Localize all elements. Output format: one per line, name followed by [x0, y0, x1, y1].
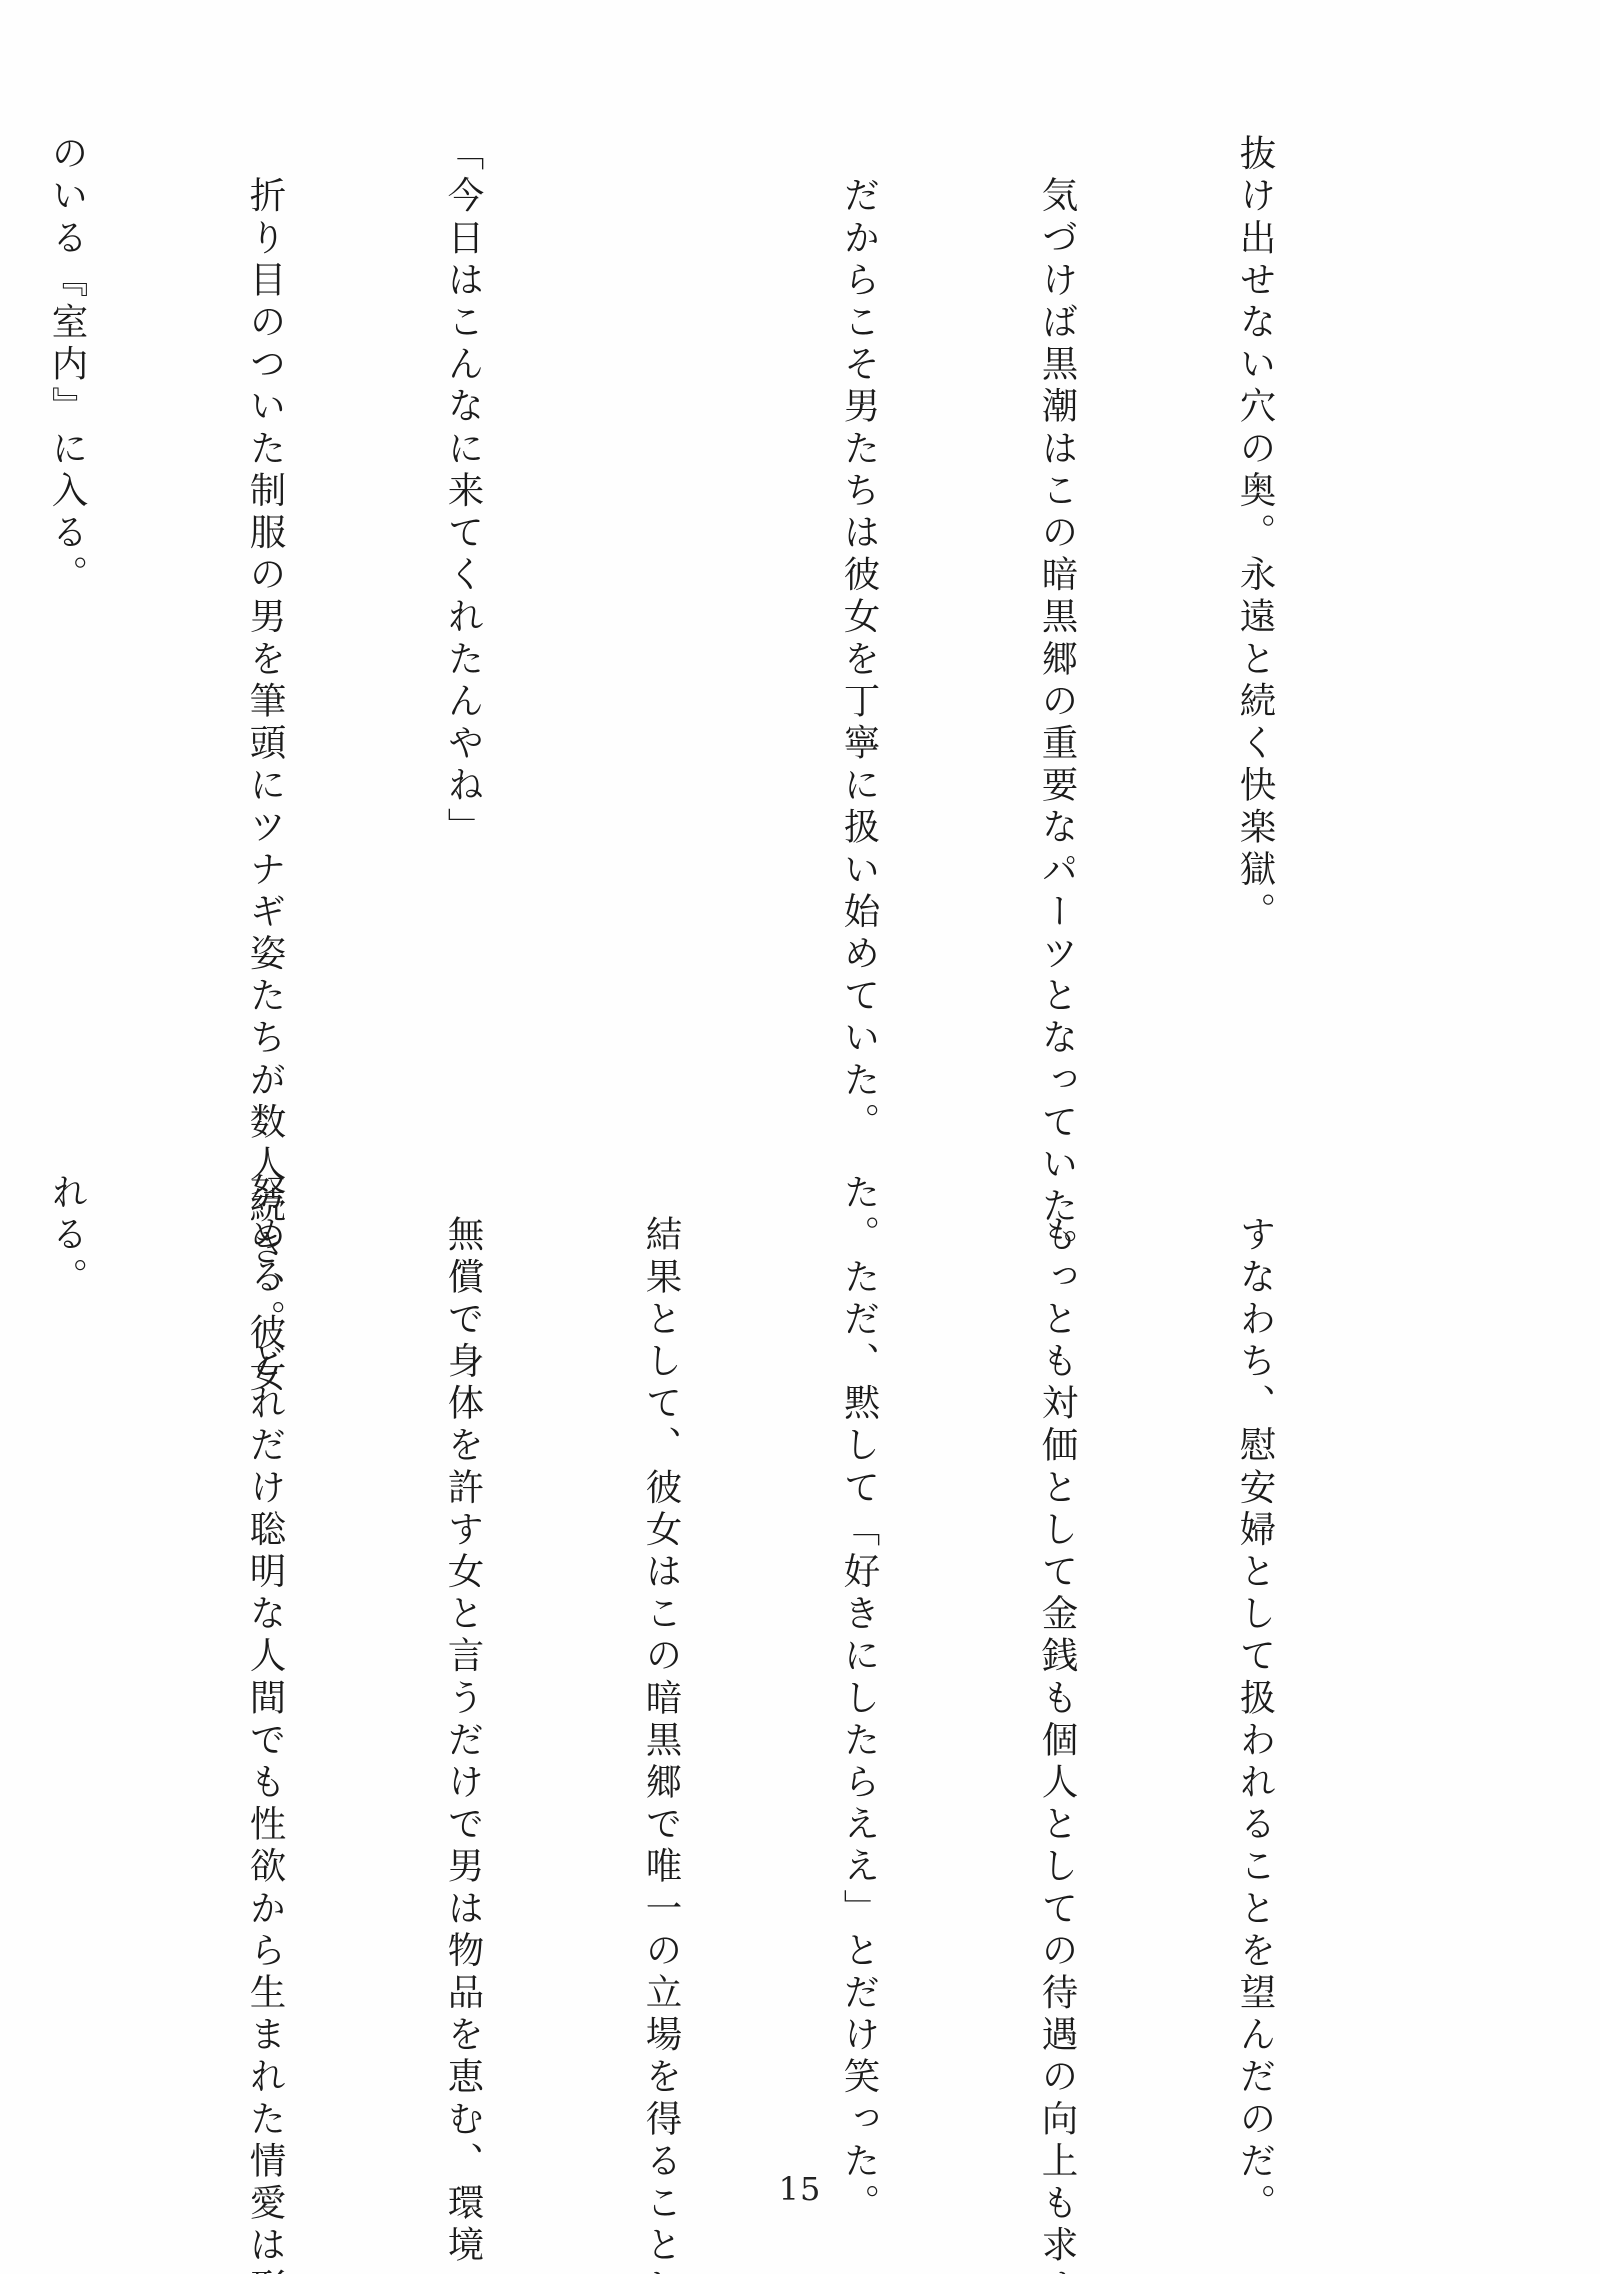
text-column: のいる『室内』に入る。: [34, 134, 100, 1094]
text-column: れる。: [34, 1173, 100, 2133]
text-column: だからこそ男たちは彼女を丁寧に扱い始めていた。: [826, 134, 892, 1094]
page-number: 15: [0, 2170, 1600, 2208]
text-column: 折り目のついた制服の男を筆頭にツナギ姿たちが数人続き、彼女: [232, 134, 298, 1094]
blank-column: [628, 134, 694, 1094]
text-column: 結果として、彼女はこの暗黒郷で唯一の立場を得ることとなる。: [628, 1173, 694, 2133]
text-column: もっとも対価として金銭も個人としての待遇の向上も求めなかっ: [1024, 1173, 1090, 2133]
text-column: た。ただ、黙して「好きにしたらええ」とだけ笑った。: [826, 1173, 892, 2133]
lower-text-block: すなわち、慰安婦として扱われることを望んだのだ。 もっとも対価として金銭も個人と…: [160, 1173, 1420, 2133]
book-page: 抜け出せない穴の奥。永遠と続く快楽獄。 気づけば黒潮はこの暗黒郷の重要なパーツと…: [0, 0, 1600, 2274]
upper-text-block: 抜け出せない穴の奥。永遠と続く快楽獄。 気づけば黒潮はこの暗黒郷の重要なパーツと…: [160, 134, 1420, 1094]
dialogue-column: 「今日はこんなに来てくれたんやね」: [430, 134, 496, 1094]
text-column: 努める。どれだけ聡明な人間でも性欲から生まれた情愛は形で示さ: [232, 1173, 298, 2133]
text-column: 気づけば黒潮はこの暗黒郷の重要なパーツとなっていた。: [1024, 134, 1090, 1094]
text-column: 抜け出せない穴の奥。永遠と続く快楽獄。: [1222, 134, 1288, 1094]
text-column: 無償で身体を許す女と言うだけで男は物品を恵む、環境の整備に: [430, 1173, 496, 2133]
text-column: すなわち、慰安婦として扱われることを望んだのだ。: [1222, 1173, 1288, 2133]
